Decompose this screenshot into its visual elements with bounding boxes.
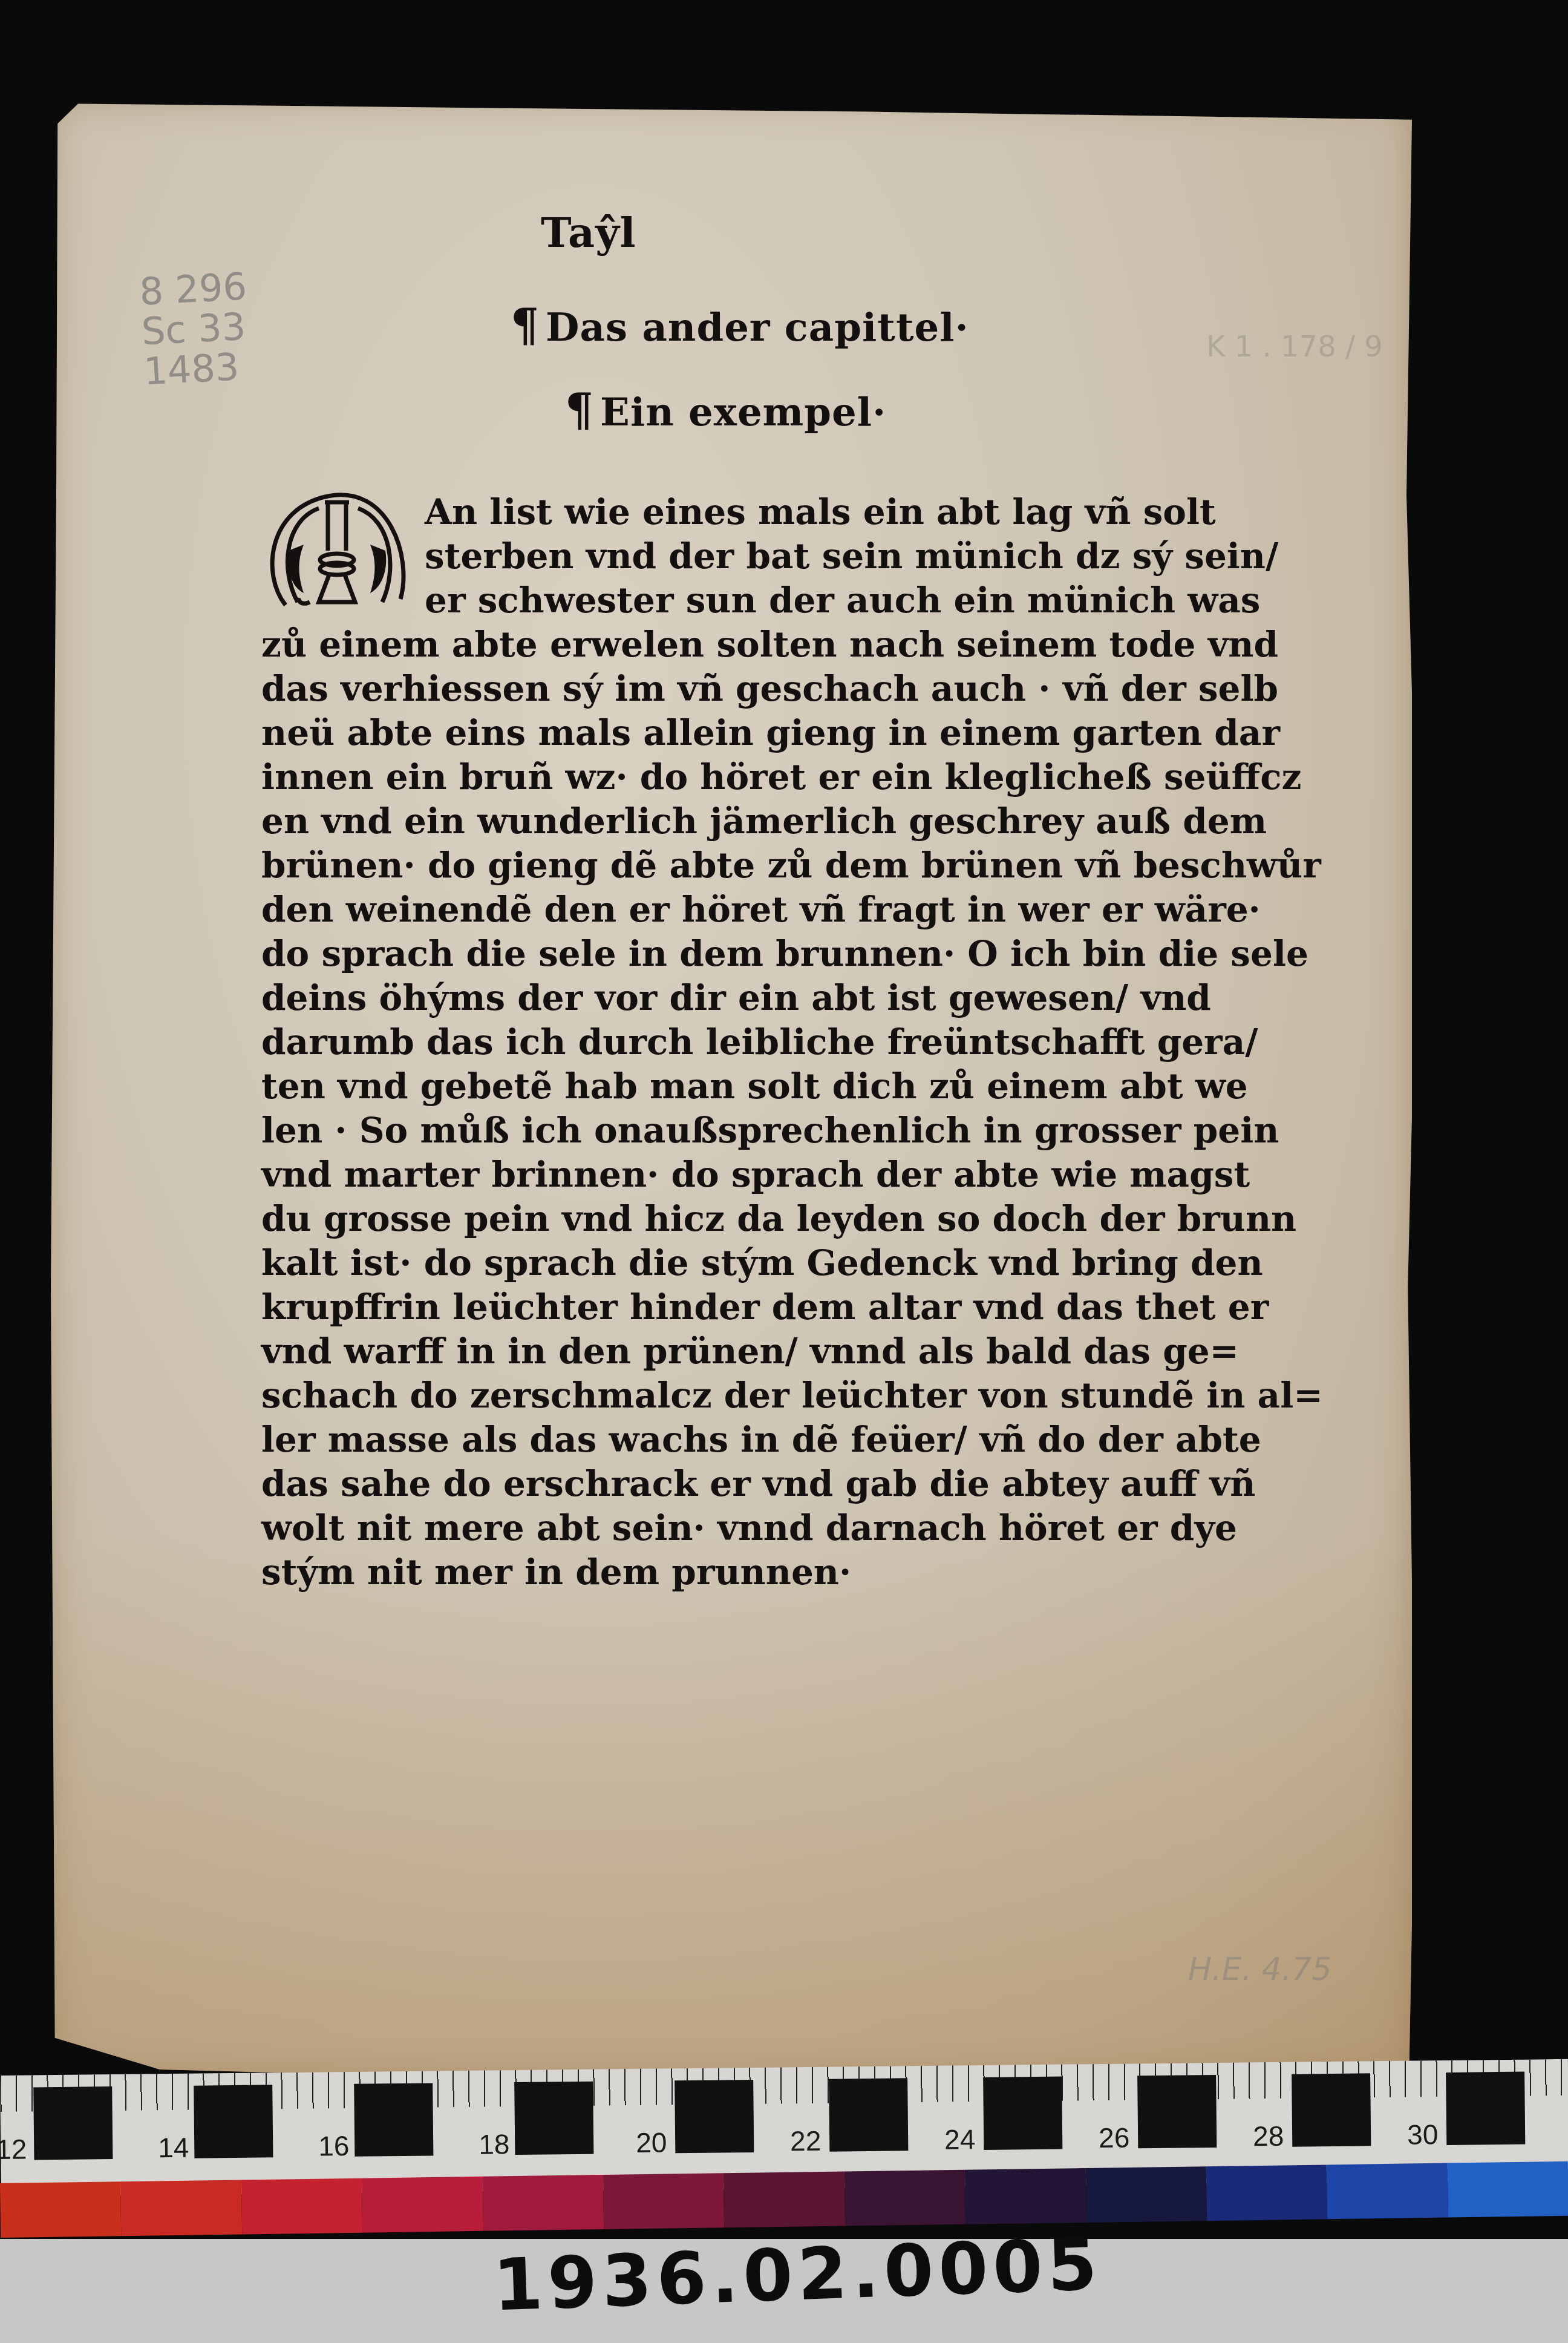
- example-heading: ¶Ein exempel·: [565, 384, 886, 436]
- text-line: das sahe do erschrack er vnd gab die abt…: [261, 1462, 1157, 1506]
- ruler-label: 26: [1099, 2121, 1130, 2154]
- ruler-label: 22: [790, 2125, 822, 2158]
- text-line: en vnd ein wunderlich jämerlich geschrey…: [261, 799, 1157, 844]
- ruler-block: [829, 2078, 908, 2151]
- pencil-note-top-right: K 1 . 178 / 9: [1206, 330, 1383, 364]
- ruler-block: [514, 2082, 593, 2155]
- pencil-note-bottom-right: H.E. 4.75: [1188, 1951, 1331, 1988]
- text-line: schach do zerschmalcz der leüchter von s…: [261, 1374, 1157, 1418]
- ruler-label: 28: [1253, 2120, 1284, 2153]
- chapter-heading: ¶Das ander capittel·: [511, 300, 969, 352]
- ruler-block: [194, 2085, 273, 2158]
- ruler-label: 24: [944, 2123, 976, 2156]
- text-line: den weinendẽ den er höret vñ fragt in w…: [261, 888, 1157, 932]
- text-line: ten vnd gebetẽ hab man solt dich zů eine…: [261, 1064, 1157, 1109]
- color-patch: [844, 2170, 966, 2226]
- ruler-block: [1137, 2075, 1217, 2148]
- text-line: vnd marter brinnen· do sprach der abte w…: [261, 1153, 1157, 1197]
- color-patch: [241, 2178, 363, 2235]
- pilcrow-icon: ¶: [511, 300, 540, 352]
- ruler-block: [33, 2086, 113, 2160]
- text-line: vnd warff in in den prünen/ vnnd als bal…: [261, 1329, 1157, 1374]
- text-line: ler masse als das wachs in dẽ feüer/ vñ…: [261, 1418, 1157, 1462]
- body-text: An list wie eines mals ein abt lag vñ s…: [261, 490, 1157, 1594]
- example-heading-text: Ein exempel·: [600, 390, 886, 435]
- ruler-block: [354, 2083, 433, 2157]
- text-line: zů einem abte erwelen solten nach seinem…: [261, 623, 1157, 667]
- text-line: neü abte eins mals allein gieng in einem…: [261, 711, 1157, 755]
- text-line: krupffrin leüchter hinder dem altar vnd …: [261, 1285, 1157, 1329]
- color-patch: [362, 2177, 483, 2233]
- color-patch: [603, 2173, 725, 2229]
- text-line: stým nit mer in dem prunnen·: [261, 1550, 1157, 1594]
- color-patch: [1447, 2161, 1568, 2218]
- ruler-block: [1446, 2072, 1525, 2145]
- pencil-shelfmark: 8 296 Sc 33 1483: [139, 266, 252, 392]
- text-line: brünen· do gieng dẽ abte zů dem brünen v…: [261, 844, 1157, 888]
- text-line: An list wie eines mals ein abt lag vñ s…: [261, 490, 1157, 534]
- ruler-label: 12: [0, 2133, 27, 2166]
- text-line: wolt nit mere abt sein· vnnd darnach hör…: [261, 1506, 1157, 1550]
- pilcrow-icon: ¶: [565, 384, 594, 436]
- ruler-label: 16: [318, 2129, 350, 2163]
- color-patch: [965, 2168, 1086, 2224]
- text-line: das verhiessen sý im vñ geschach auch ·…: [261, 667, 1157, 711]
- text-line: du grosse pein vnd hicz da leyden so doc…: [261, 1197, 1157, 1241]
- ruler-label: 14: [158, 2131, 189, 2164]
- color-patch: [1206, 2164, 1328, 2221]
- color-patch: [1085, 2166, 1207, 2223]
- text-line: er schwester sun der auch ein münich was: [261, 578, 1157, 623]
- text-line: do sprach die sele in dem brunnen· O ich…: [261, 932, 1157, 976]
- color-patch: [120, 2180, 242, 2236]
- ruler-block: [983, 2077, 1062, 2150]
- running-head: Taŷl: [541, 209, 636, 257]
- color-patch: [1327, 2163, 1448, 2220]
- text-line: deins öhýms der vor dir ein abt ist gewe…: [261, 976, 1157, 1020]
- text-line: sterben vnd der bat sein münich dz sý se…: [261, 534, 1157, 578]
- ruler-block: [1292, 2073, 1371, 2146]
- color-patch: [0, 2181, 122, 2238]
- ruler-label: 30: [1407, 2118, 1439, 2151]
- ruler-block: [675, 2080, 754, 2153]
- color-patch: [482, 2175, 604, 2231]
- text-line: kalt ist· do sprach die stým Gedenck vnd…: [261, 1241, 1157, 1285]
- ruler-label: 20: [636, 2126, 667, 2159]
- color-patch: [724, 2172, 845, 2228]
- shelfmark-line: 1483: [143, 346, 252, 392]
- ruler-label: 18: [479, 2128, 510, 2161]
- text-line: innen ein bruñ wz· do höret er ein kleg…: [261, 755, 1157, 799]
- chapter-heading-text: Das ander capittel·: [546, 305, 969, 350]
- text-line: darumb das ich durch leibliche freüntsch…: [261, 1020, 1157, 1064]
- foxing-stain: [51, 1533, 1412, 2077]
- text-line: len · So můß ich onaußsprechenlich in gr…: [261, 1109, 1157, 1153]
